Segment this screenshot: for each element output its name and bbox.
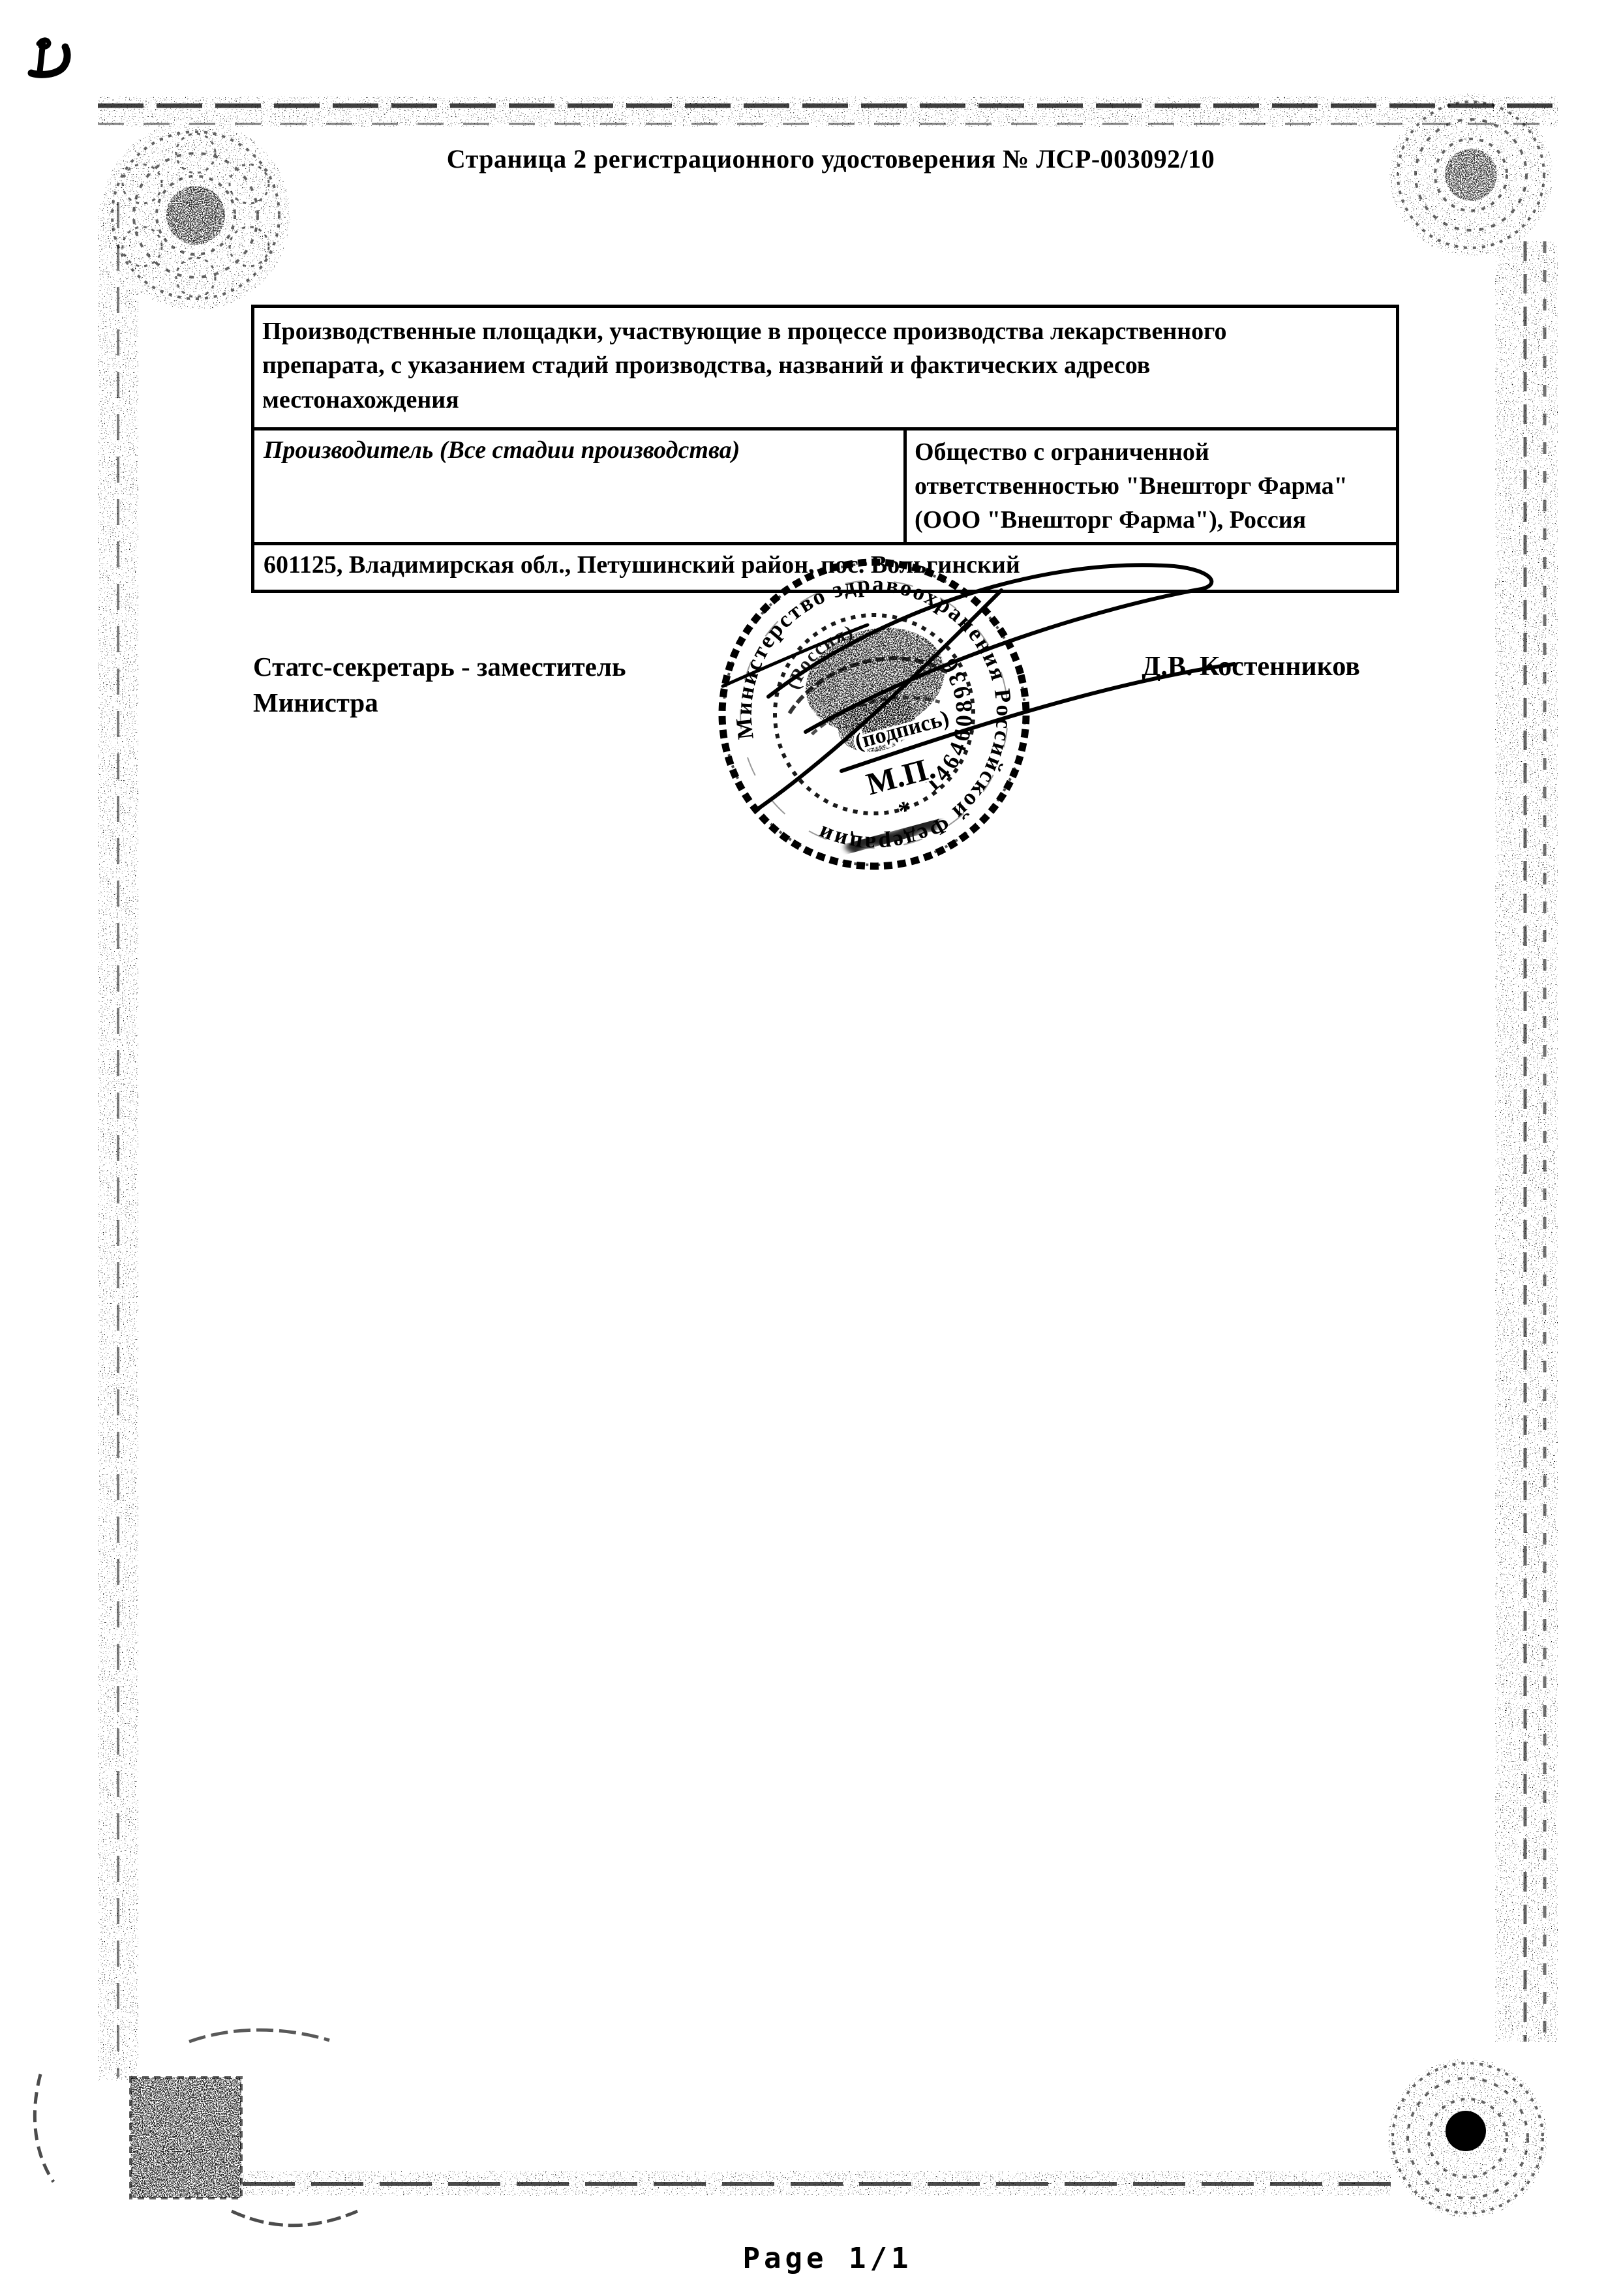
text-layer: Страница 2 регистрационного удостоверени… xyxy=(0,0,1606,2296)
page-title: Страница 2 регистрационного удостоверени… xyxy=(55,143,1606,174)
page-footer: Page 1/1 xyxy=(52,2242,1603,2275)
address-cell: 601125, Владимирская обл., Петушинский р… xyxy=(254,545,1396,590)
production-sites-table: Производственные площадки, участвующие в… xyxy=(251,305,1399,593)
certificate-page: Страница 2 регистрационного удостоверени… xyxy=(0,0,1606,2296)
signatory-name: Д.В. Костенников xyxy=(1080,651,1360,682)
table-header-cell: Производственные площадки, участвующие в… xyxy=(254,308,1396,430)
producer-value-cell: Общество с ограниченной ответственностью… xyxy=(907,430,1396,542)
producer-label-cell: Производитель (Все стадии производства) xyxy=(254,430,907,542)
table-producer-row: Производитель (Все стадии производства) … xyxy=(254,430,1396,545)
signatory-position: Статс-секретарь - заместитель Министра xyxy=(253,649,710,721)
